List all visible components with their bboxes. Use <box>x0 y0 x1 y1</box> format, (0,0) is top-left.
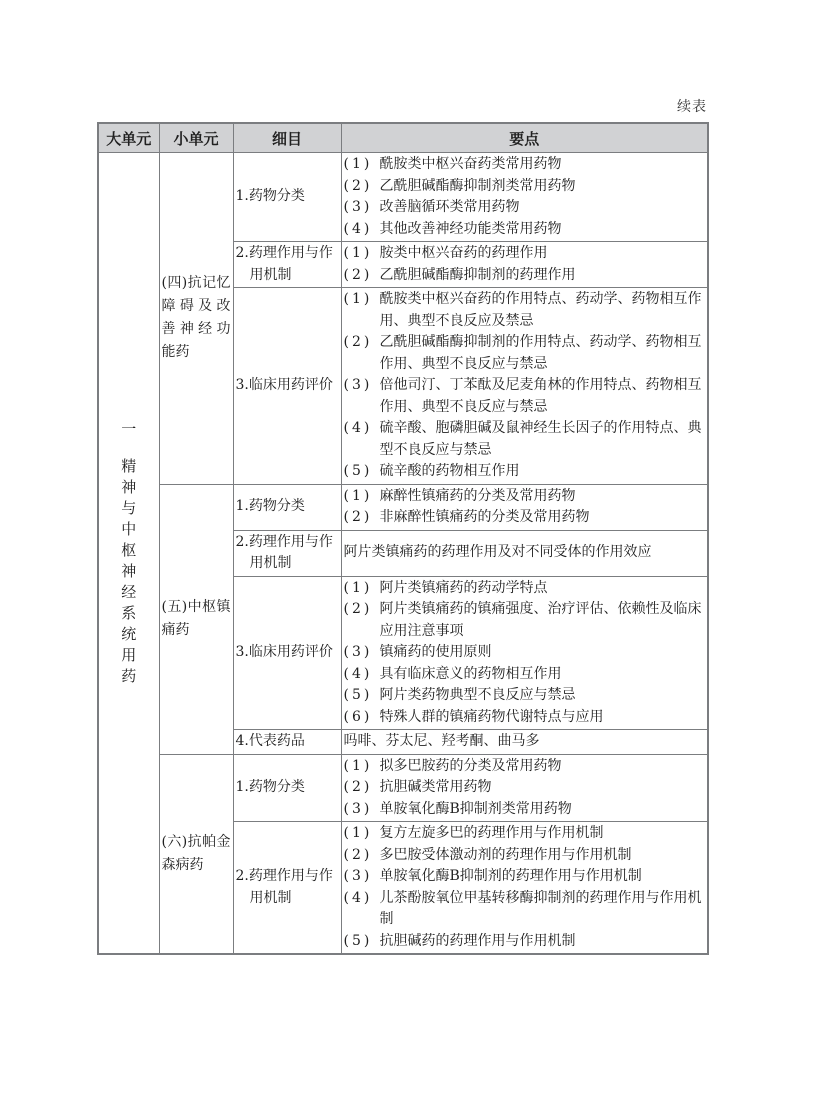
point-text: 阿片类药物典型不良反应与禁忌 <box>380 685 706 707</box>
point-marker: (5) <box>344 685 380 707</box>
point-text: 多巴胺受体激动剂的药理作用与作用机制 <box>380 845 706 867</box>
item-cell: 4.代表药品 <box>233 730 341 755</box>
item-cell: 3.临床用药评价 <box>233 576 341 730</box>
point-marker: (4) <box>344 664 380 686</box>
point-line: (3)倍他司汀、丁苯酞及尼麦角林的作用特点、药物相互作用、典型不良反应与禁忌 <box>344 375 706 418</box>
point-text: 硫辛酸、胞磷胆碱及鼠神经生长因子的作用特点、典型不良反应与禁忌 <box>380 418 706 461</box>
point-text: 乙酰胆碱酯酶抑制剂的作用特点、药动学、药物相互作用、典型不良反应与禁忌 <box>380 332 706 375</box>
point-text: 乙酰胆碱酯酶抑制剂类常用药物 <box>380 176 706 198</box>
point-marker: (3) <box>344 799 380 821</box>
point-text: 麻醉性镇痛药的分类及常用药物 <box>380 486 706 508</box>
point-text: 复方左旋多巴的药理作用与作用机制 <box>380 823 706 845</box>
point-line: (5)硫辛酸的药物相互作用 <box>344 461 706 483</box>
point-marker: (2) <box>344 176 380 198</box>
point-text: 酰胺类中枢兴奋药的作用特点、药动学、药物相互作用、典型不良反应及禁忌 <box>380 289 706 332</box>
table-header: 大单元 小单元 细目 要点 <box>98 123 708 153</box>
point-line: 吗啡、芬太尼、羟考酮、曲马多 <box>344 731 706 753</box>
points-cell: 阿片类镇痛药的药理作用及对不同受体的作用效应 <box>341 530 708 576</box>
continued-table-label: 续表 <box>97 96 707 116</box>
point-marker: (4) <box>344 418 380 461</box>
point-marker: (2) <box>344 507 380 529</box>
point-marker: (3) <box>344 866 380 888</box>
point-line: (3)镇痛药的使用原则 <box>344 642 706 664</box>
points-cell: (1)麻醉性镇痛药的分类及常用药物(2)非麻醉性镇痛药的分类及常用药物 <box>341 484 708 530</box>
point-text: 儿茶酚胺氧位甲基转移酶抑制剂的药理作用与作用机制 <box>380 888 706 931</box>
item-label: 1.药物分类 <box>236 186 339 208</box>
item-label: 2.药理作用与作用机制 <box>236 866 339 909</box>
point-marker: (2) <box>344 777 380 799</box>
unit-name-char: 枢 <box>121 540 136 561</box>
point-line: (1)麻醉性镇痛药的分类及常用药物 <box>344 486 706 508</box>
point-marker: (5) <box>344 931 380 953</box>
item-label: 3.临床用药评价 <box>236 375 339 397</box>
point-line: (1)酰胺类中枢兴奋药类常用药物 <box>344 154 706 176</box>
header-subunit: 小单元 <box>159 123 233 153</box>
unit-name-char: 药 <box>121 666 136 687</box>
points-cell: (1)酰胺类中枢兴奋药的作用特点、药动学、药物相互作用、典型不良反应及禁忌(2)… <box>341 288 708 485</box>
unit-name-char: 用 <box>121 645 136 666</box>
points-cell: (1)胺类中枢兴奋药的药理作用(2)乙酰胆碱酯酶抑制剂的药理作用 <box>341 242 708 288</box>
point-line: (2)阿片类镇痛药的镇痛强度、治疗评估、依赖性及临床应用注意事项 <box>344 599 706 642</box>
point-marker: (1) <box>344 243 380 265</box>
point-line: (2)非麻醉性镇痛药的分类及常用药物 <box>344 507 706 529</box>
table-row: (五)中枢镇痛药1.药物分类(1)麻醉性镇痛药的分类及常用药物(2)非麻醉性镇痛… <box>98 484 708 530</box>
points-cell: (1)复方左旋多巴的药理作用与作用机制(2)多巴胺受体激动剂的药理作用与作用机制… <box>341 822 708 955</box>
point-text: 硫辛酸的药物相互作用 <box>380 461 706 483</box>
header-unit: 大单元 <box>98 123 159 153</box>
unit-name-char: 与 <box>121 498 136 519</box>
point-line: (2)抗胆碱类常用药物 <box>344 777 706 799</box>
points-cell: (1)酰胺类中枢兴奋药类常用药物(2)乙酰胆碱酯酶抑制剂类常用药物(3)改善脑循… <box>341 153 708 242</box>
item-cell: 2.药理作用与作用机制 <box>233 530 341 576</box>
unit-name-char: 神 <box>121 477 136 498</box>
header-points: 要点 <box>341 123 708 153</box>
point-line: (2)多巴胺受体激动剂的药理作用与作用机制 <box>344 845 706 867</box>
point-marker: (1) <box>344 154 380 176</box>
syllabus-table: 大单元 小单元 细目 要点 一精神与中枢神经系统用药(四)抗记忆障碍及改善神经功… <box>97 122 709 955</box>
point-line: (2)乙酰胆碱酯酶抑制剂的作用特点、药动学、药物相互作用、典型不良反应与禁忌 <box>344 332 706 375</box>
point-marker: (5) <box>344 461 380 483</box>
item-cell: 1.药物分类 <box>233 484 341 530</box>
point-text: 酰胺类中枢兴奋药类常用药物 <box>380 154 706 176</box>
point-text: 镇痛药的使用原则 <box>380 642 706 664</box>
point-line: (1)阿片类镇痛药的药动学特点 <box>344 578 706 600</box>
point-line: (6)特殊人群的镇痛药物代谢特点与应用 <box>344 707 706 729</box>
point-text: 倍他司汀、丁苯酞及尼麦角林的作用特点、药物相互作用、典型不良反应与禁忌 <box>380 375 706 418</box>
point-text: 抗胆碱药的药理作用与作用机制 <box>380 931 706 953</box>
point-line: (2)乙酰胆碱酯酶抑制剂类常用药物 <box>344 176 706 198</box>
header-item: 细目 <box>233 123 341 153</box>
item-label: 3.临床用药评价 <box>236 642 339 664</box>
unit-name-char: 经 <box>121 582 136 603</box>
point-marker: (6) <box>344 707 380 729</box>
point-line: (5)抗胆碱药的药理作用与作用机制 <box>344 931 706 953</box>
point-text: 单胺氧化酶B抑制剂的药理作用与作用机制 <box>380 866 706 888</box>
point-line: (4)硫辛酸、胞磷胆碱及鼠神经生长因子的作用特点、典型不良反应与禁忌 <box>344 418 706 461</box>
header-row: 大单元 小单元 细目 要点 <box>98 123 708 153</box>
point-line: (4)儿茶酚胺氧位甲基转移酶抑制剂的药理作用与作用机制 <box>344 888 706 931</box>
item-label: 2.药理作用与作用机制 <box>236 532 339 575</box>
point-text: 抗胆碱类常用药物 <box>380 777 706 799</box>
point-marker: (3) <box>344 197 380 219</box>
point-marker: (1) <box>344 578 380 600</box>
unit-name-char: 统 <box>121 624 136 645</box>
point-marker: (2) <box>344 332 380 375</box>
point-line: (4)具有临床意义的药物相互作用 <box>344 664 706 686</box>
point-line: (1)拟多巴胺药的分类及常用药物 <box>344 756 706 778</box>
points-cell: 吗啡、芬太尼、羟考酮、曲马多 <box>341 730 708 755</box>
unit-name-char: 精 <box>121 456 136 477</box>
point-line: (1)酰胺类中枢兴奋药的作用特点、药动学、药物相互作用、典型不良反应及禁忌 <box>344 289 706 332</box>
point-line: (3)单胺氧化酶B抑制剂类常用药物 <box>344 799 706 821</box>
point-marker: (4) <box>344 888 380 931</box>
point-line: (4)其他改善神经功能类常用药物 <box>344 219 706 241</box>
point-marker: (2) <box>344 845 380 867</box>
point-marker: (1) <box>344 756 380 778</box>
point-text: 乙酰胆碱酯酶抑制剂的药理作用 <box>380 265 706 287</box>
item-label: 4.代表药品 <box>236 731 339 753</box>
item-cell: 1.药物分类 <box>233 754 341 822</box>
table-row: (六)抗帕金森病药1.药物分类(1)拟多巴胺药的分类及常用药物(2)抗胆碱类常用… <box>98 754 708 822</box>
point-text: 单胺氧化酶B抑制剂类常用药物 <box>380 799 706 821</box>
item-label: 1.药物分类 <box>236 496 339 518</box>
point-marker: (3) <box>344 375 380 418</box>
point-text: 胺类中枢兴奋药的药理作用 <box>380 243 706 265</box>
point-marker: (1) <box>344 486 380 508</box>
point-line: (3)单胺氧化酶B抑制剂的药理作用与作用机制 <box>344 866 706 888</box>
subunit-cell-2: (六)抗帕金森病药 <box>159 754 233 954</box>
unit-cell: 一精神与中枢神经系统用药 <box>98 153 159 955</box>
point-line: (1)复方左旋多巴的药理作用与作用机制 <box>344 823 706 845</box>
points-cell: (1)拟多巴胺药的分类及常用药物(2)抗胆碱类常用药物(3)单胺氧化酶B抑制剂类… <box>341 754 708 822</box>
point-marker: (2) <box>344 265 380 287</box>
point-line: (3)改善脑循环类常用药物 <box>344 197 706 219</box>
point-marker: (3) <box>344 642 380 664</box>
item-label: 2.药理作用与作用机制 <box>236 243 339 286</box>
point-text: 拟多巴胺药的分类及常用药物 <box>380 756 706 778</box>
point-text: 阿片类镇痛药的药动学特点 <box>380 578 706 600</box>
point-text: 非麻醉性镇痛药的分类及常用药物 <box>380 507 706 529</box>
point-text: 改善脑循环类常用药物 <box>380 197 706 219</box>
point-marker: (4) <box>344 219 380 241</box>
table-row: 一精神与中枢神经系统用药(四)抗记忆障碍及改善神经功能药1.药物分类(1)酰胺类… <box>98 153 708 242</box>
subunit-cell-0: (四)抗记忆障碍及改善神经功能药 <box>159 153 233 485</box>
item-cell: 1.药物分类 <box>233 153 341 242</box>
point-text: 其他改善神经功能类常用药物 <box>380 219 706 241</box>
point-marker: (1) <box>344 823 380 845</box>
unit-number: 一 <box>121 419 136 440</box>
item-cell: 3.临床用药评价 <box>233 288 341 485</box>
point-line: (2)乙酰胆碱酯酶抑制剂的药理作用 <box>344 265 706 287</box>
point-marker: (2) <box>344 599 380 642</box>
document-page: 续表 大单元 小单元 细目 要点 一精神与中枢神经系统用药(四)抗记忆障碍及改善… <box>0 0 816 1100</box>
unit-name-char: 神 <box>121 561 136 582</box>
table-body: 一精神与中枢神经系统用药(四)抗记忆障碍及改善神经功能药1.药物分类(1)酰胺类… <box>98 153 708 955</box>
subunit-cell-1: (五)中枢镇痛药 <box>159 484 233 754</box>
item-cell: 2.药理作用与作用机制 <box>233 242 341 288</box>
point-text: 具有临床意义的药物相互作用 <box>380 664 706 686</box>
unit-name-char: 系 <box>121 603 136 624</box>
point-text: 阿片类镇痛药的镇痛强度、治疗评估、依赖性及临床应用注意事项 <box>380 599 706 642</box>
point-line: (5)阿片类药物典型不良反应与禁忌 <box>344 685 706 707</box>
point-line: (1)胺类中枢兴奋药的药理作用 <box>344 243 706 265</box>
item-label: 1.药物分类 <box>236 777 339 799</box>
unit-name-char: 中 <box>121 519 136 540</box>
point-text: 特殊人群的镇痛药物代谢特点与应用 <box>380 707 706 729</box>
point-line: 阿片类镇痛药的药理作用及对不同受体的作用效应 <box>344 542 706 564</box>
unit-label: 一精神与中枢神经系统用药 <box>101 419 157 687</box>
points-cell: (1)阿片类镇痛药的药动学特点(2)阿片类镇痛药的镇痛强度、治疗评估、依赖性及临… <box>341 576 708 730</box>
item-cell: 2.药理作用与作用机制 <box>233 822 341 955</box>
point-marker: (1) <box>344 289 380 332</box>
